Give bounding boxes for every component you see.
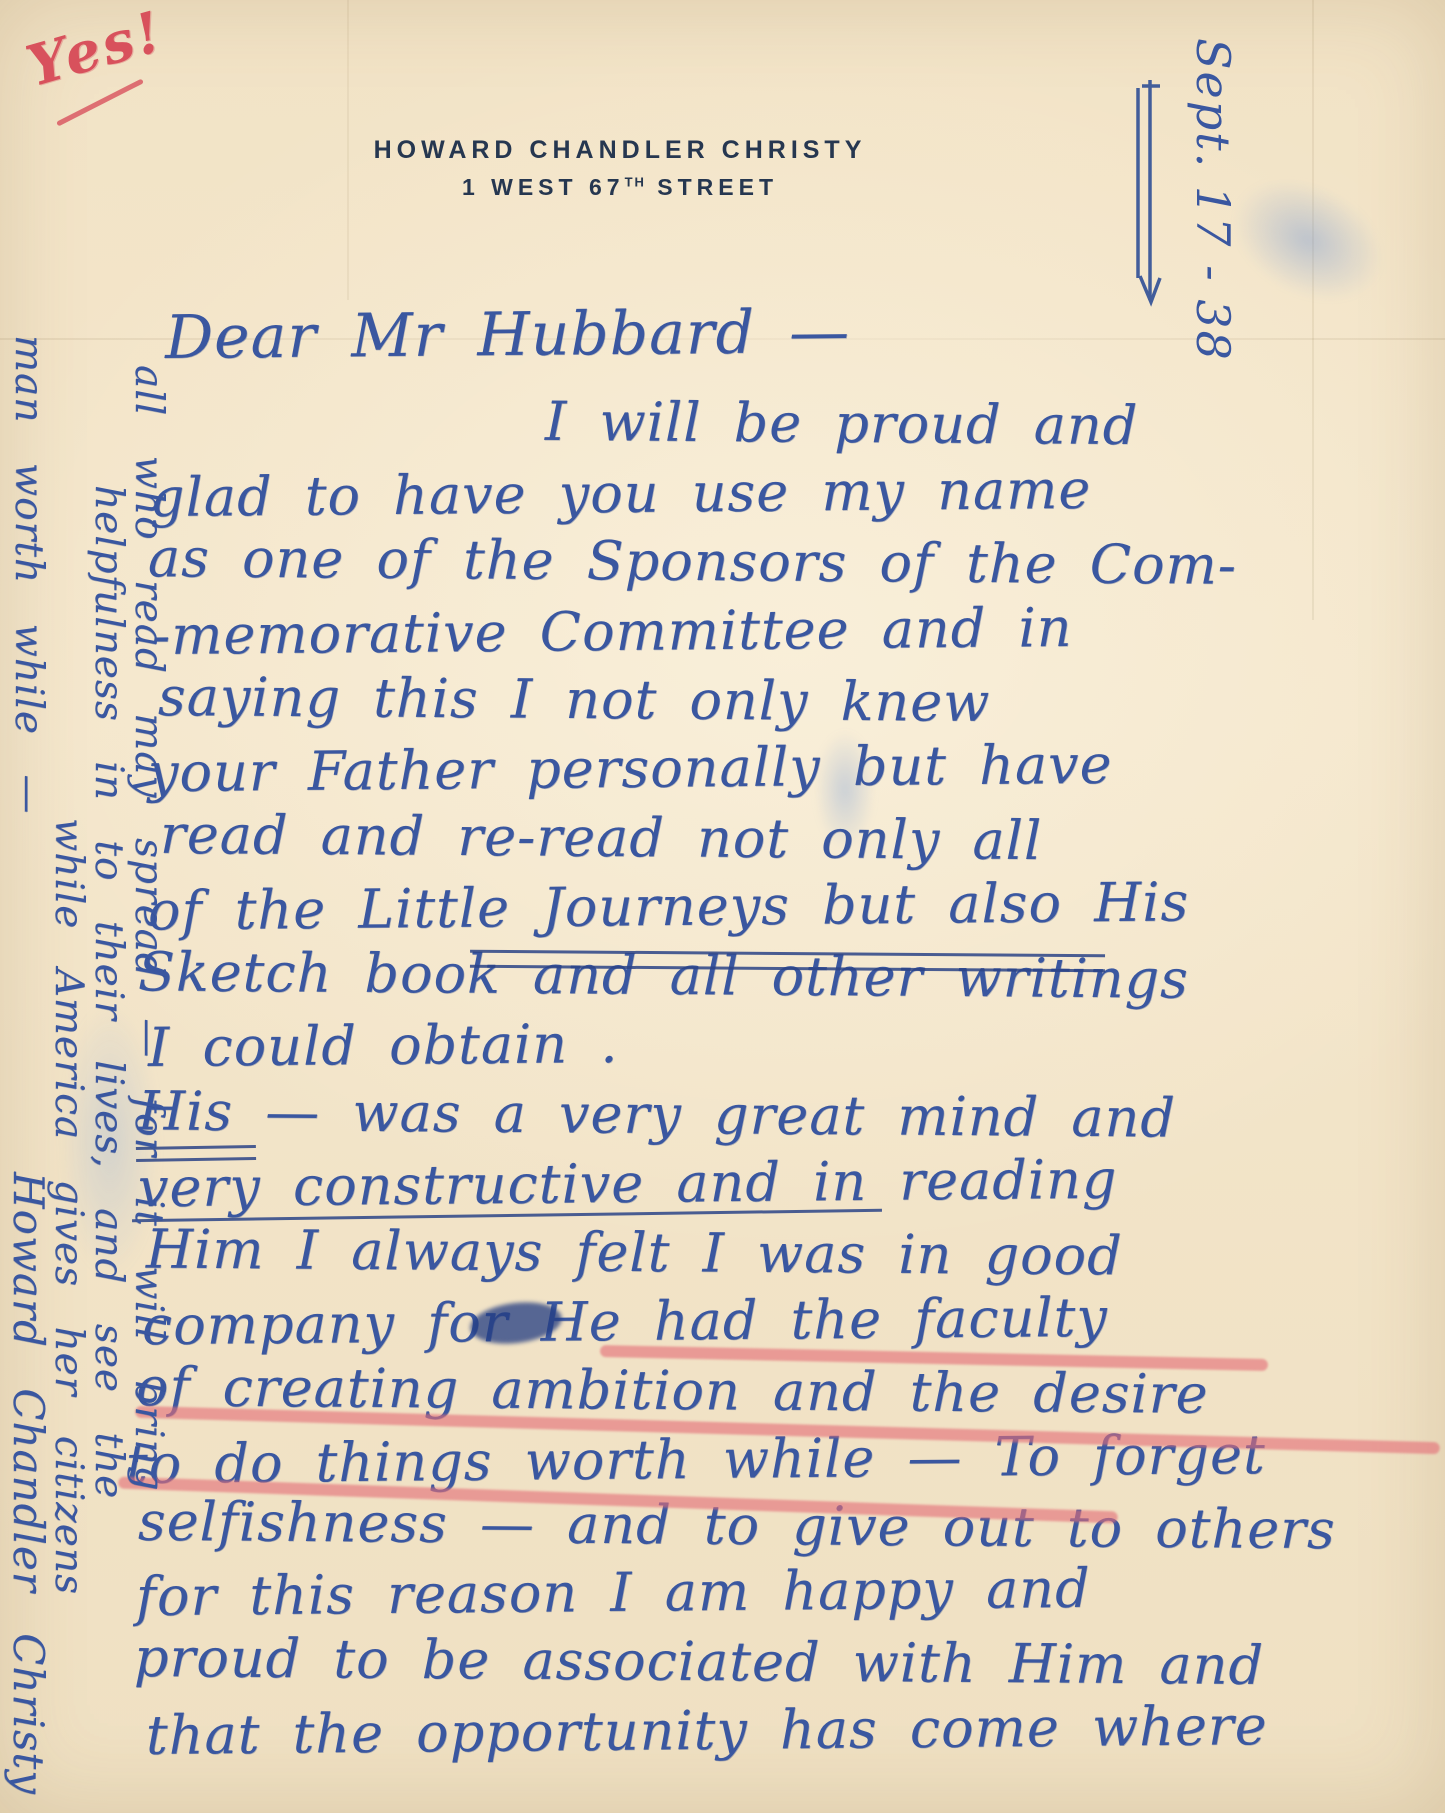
body-line-4: as one of the Sponsors of the Com- [148, 526, 1237, 597]
margin-line-2: helpfulness in to their lives, and see t… [88, 335, 128, 1795]
margin-note: all who read may spread — for it will br… [8, 335, 168, 1795]
body-line-8: read and re-read not only all [160, 803, 1043, 872]
approval-annotation: Yes! [20, 0, 172, 100]
margin-line-4-text: man worth while — [8, 335, 48, 814]
letterhead: HOWARD CHANDLER CHRISTY 1 WEST 67TH STRE… [300, 136, 940, 201]
body-line-20: proud to be associated with Him and [134, 1626, 1265, 1697]
body-line-21: that the opportunity has come where [146, 1694, 1268, 1767]
body-line-12: His — was a very great mind and [138, 1079, 1176, 1149]
body-line-19: for this reason I am happy and [136, 1557, 1091, 1628]
ink-smudge-date [1212, 154, 1405, 326]
body-line-2: I will be proud and [545, 390, 1139, 457]
margin-line-3: while America gives her citizens [48, 335, 88, 1795]
body-line-11: I could obtain . [148, 1012, 619, 1079]
letter-page: Yes! HOWARD CHANDLER CHRISTY 1 WEST 67TH… [0, 0, 1445, 1813]
date-note: Sept. 17 - 38 [1186, 38, 1240, 362]
letterhead-address-ordinal: TH [625, 174, 646, 189]
salutation-line: Dear Mr Hubbard — [165, 297, 851, 373]
margin-line-1: all who read may spread — for it will br… [128, 335, 168, 1795]
signature: Howard Chandler Christy [8, 1172, 48, 1795]
margin-line-4: man worth while — Howard Chandler Christ… [8, 335, 48, 1795]
body-line-9: of the Little Journeys but also His [148, 870, 1190, 942]
body-line-6: saying this I not only knew [158, 665, 991, 734]
letterhead-address-street: STREET [646, 174, 778, 200]
date-arrow-icon [1118, 72, 1174, 322]
letterhead-address: 1 WEST 67TH STREET [300, 174, 940, 201]
body-line-5: -memorative Committee and in [152, 596, 1073, 667]
letterhead-address-number: 1 WEST 67 [462, 174, 625, 200]
body-line-13: very constructive and in reading [138, 1148, 1118, 1220]
vertical-fold-crease-right [1312, 0, 1314, 620]
body-line-14: Him I always felt I was in good [146, 1218, 1123, 1288]
body-line-7: your Father personally but have [148, 733, 1113, 804]
letterhead-name: HOWARD CHANDLER CHRISTY [300, 136, 940, 165]
body-line-3: glad to have you use my name [150, 458, 1092, 529]
